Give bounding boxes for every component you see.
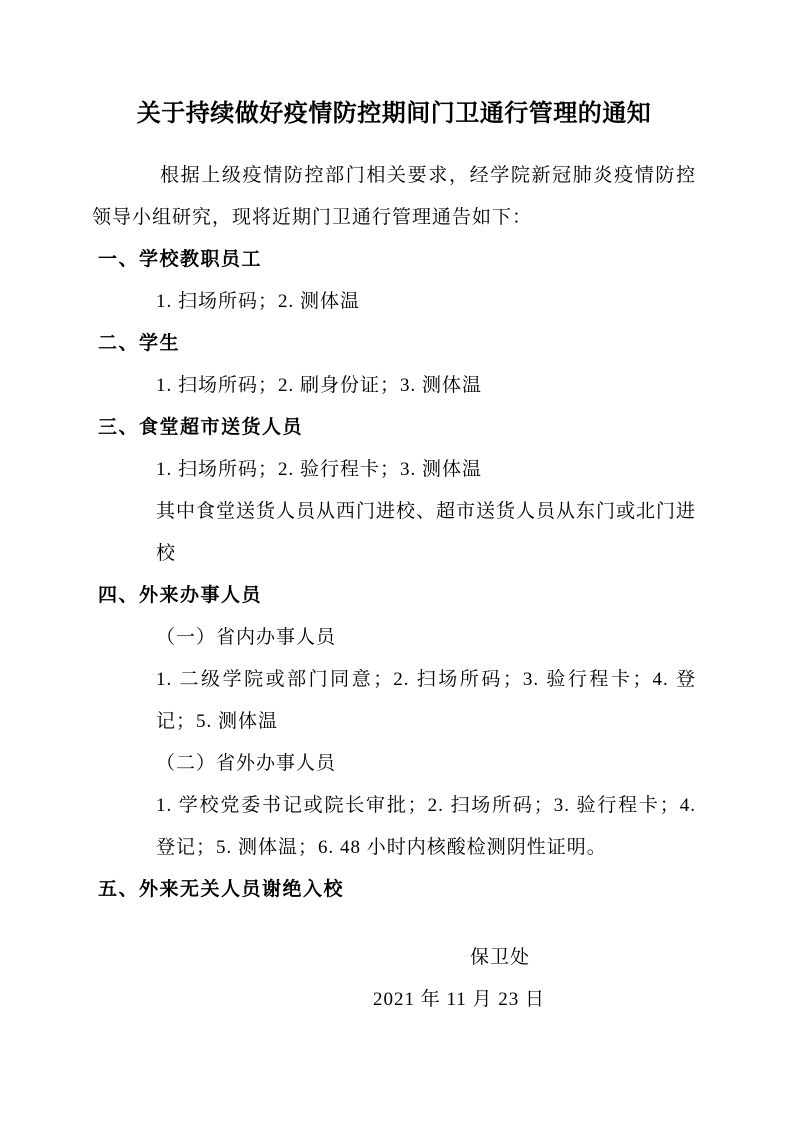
- signature-date: 2021 年 11 月 23 日: [92, 979, 545, 1021]
- signature-department: 保卫处: [470, 937, 530, 979]
- section-heading: 四、外来办事人员: [98, 575, 696, 617]
- intro-paragraph: 根据上级疫情防控部门相关要求，经学院新冠肺炎疫情防控领导小组研究，现将近期门卫通…: [92, 155, 696, 239]
- signature-block: 保卫处 2021 年 11 月 23 日: [92, 937, 696, 1021]
- section-heading: 三、食堂超市送货人员: [98, 407, 696, 449]
- signature-line: 保卫处: [92, 937, 545, 979]
- section-subheading: （一）省内办事人员: [156, 617, 696, 659]
- section-item-note: 其中食堂送货人员从西门进校、超市送货人员从东门或北门进校: [156, 491, 696, 575]
- notice-title: 关于持续做好疫情防控期间门卫通行管理的通知: [92, 96, 696, 132]
- section-item: 1. 二级学院或部门同意；2. 扫场所码；3. 验行程卡；4. 登记；5. 测体…: [156, 659, 696, 743]
- section-heading: 一、学校教职员工: [98, 239, 696, 281]
- notice-document-page: 关于持续做好疫情防控期间门卫通行管理的通知 根据上级疫情防控部门相关要求，经学院…: [0, 0, 793, 1122]
- section-item: 1. 扫场所码；2. 测体温: [156, 281, 696, 323]
- section-item: 1. 扫场所码；2. 刷身份证；3. 测体温: [156, 365, 696, 407]
- section-heading: 五、外来无关人员谢绝入校: [98, 869, 696, 911]
- section-heading: 二、学生: [98, 323, 696, 365]
- section-subheading: （二）省外办事人员: [156, 743, 696, 785]
- section-item: 1. 学校党委书记或院长审批；2. 扫场所码；3. 验行程卡；4. 登记；5. …: [156, 785, 696, 869]
- section-item: 1. 扫场所码；2. 验行程卡；3. 测体温: [156, 449, 696, 491]
